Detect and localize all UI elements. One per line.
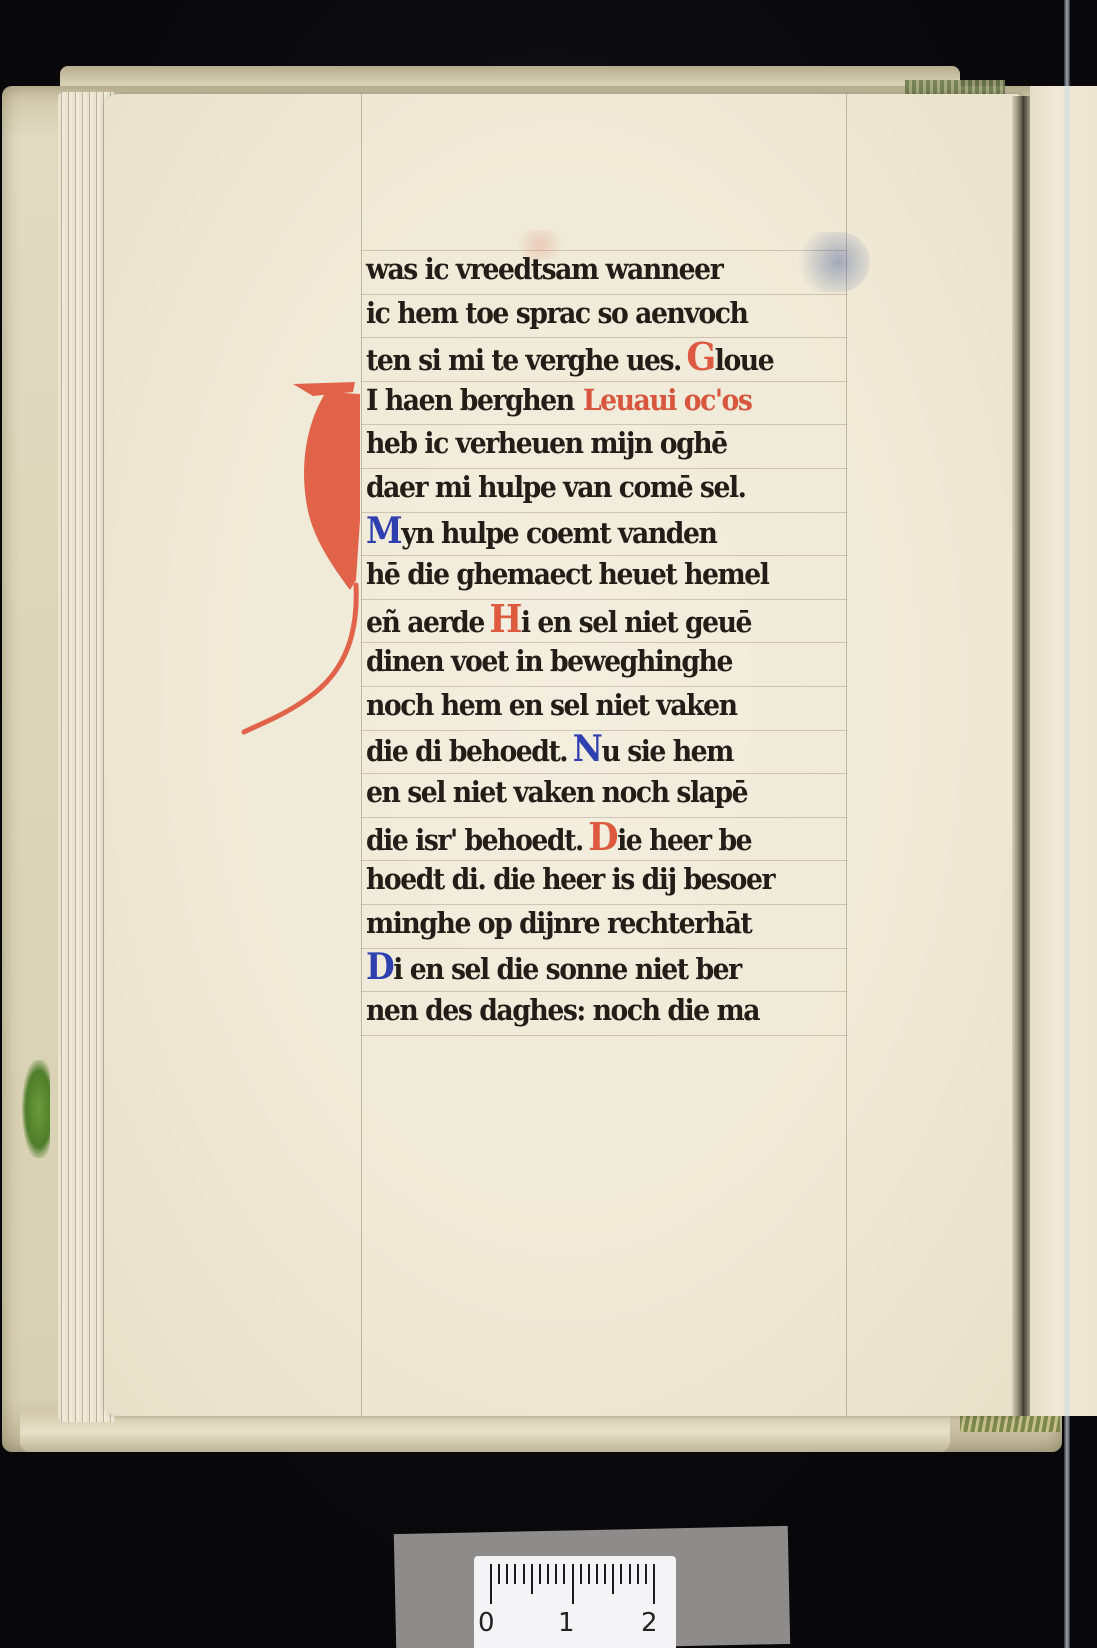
line-text: die di behoedt. <box>366 734 567 768</box>
line-text: yn hulpe coemt vanden <box>401 516 716 550</box>
manuscript-line: die di behoedt.Nu sie hem <box>366 728 835 772</box>
line-text: nen des daghes: noch die ma <box>366 993 759 1027</box>
ruler-tick <box>596 1564 598 1584</box>
line-text: noch hem en sel niet vaken <box>366 688 737 722</box>
ruler-tick <box>580 1564 582 1584</box>
ruler-tick <box>563 1564 565 1584</box>
line-text: eñ aerde <box>366 605 484 639</box>
manuscript-line: noch hem en sel niet vaken <box>366 684 835 728</box>
ruler-label-1: 1 <box>558 1608 575 1638</box>
decorated-initial: M <box>366 510 401 552</box>
manuscript-line: Myn hulpe coemt vanden <box>366 510 835 554</box>
ruler-label-0: 0 <box>478 1608 495 1638</box>
ruler-tick <box>498 1564 500 1584</box>
line-text: i en sel die sonne niet ber <box>393 952 741 986</box>
manuscript-line: hoedt di. die heer is dij besoer <box>366 858 835 902</box>
ruler-tick <box>555 1564 557 1584</box>
manuscript-line: daer mi hulpe van comē sel. <box>366 466 835 510</box>
manuscript-line: Di en sel die sonne niet ber <box>366 946 835 990</box>
line-text: minghe op dijnre rechterhāt <box>366 906 751 940</box>
ruler-tick <box>572 1564 574 1604</box>
ruler-tick <box>490 1564 492 1604</box>
line-text: hē die ghemaect heuet hemel <box>366 557 768 591</box>
manuscript-line: heb ic verheuen mijn oghē <box>366 422 835 466</box>
manuscript-line: ic hem toe sprac so aenvoch <box>366 292 835 336</box>
manuscript-line: minghe op dijnre rechterhāt <box>366 902 835 946</box>
ruler-label-2: 2 <box>641 1608 658 1638</box>
decorated-initial: D <box>588 814 617 859</box>
ruler-tick <box>645 1564 647 1584</box>
glass-plate-edge <box>1064 0 1070 1648</box>
manuscript-line: nen des daghes: noch die ma <box>366 989 835 1033</box>
line-text: en sel niet vaken noch slapē <box>366 775 747 809</box>
line-text: ie heer be <box>617 823 751 857</box>
line-text: ten si mi te verghe ues. <box>366 343 681 377</box>
ruling-line <box>361 1035 847 1036</box>
manuscript-line: eñ aerdeHi en sel niet geuē <box>366 597 835 641</box>
scale-ruler: 0 1 2 <box>474 1556 676 1648</box>
binding-bottom-fold <box>20 1412 950 1452</box>
ruler-tick <box>531 1564 533 1594</box>
line-text: die isr' behoedt. <box>366 823 583 857</box>
line-text: was ic vreedtsam wanneer <box>366 252 722 286</box>
decorated-initial: D <box>366 946 393 988</box>
manuscript-line: hē die ghemaect heuet hemel <box>366 553 835 597</box>
ruler-tick <box>612 1564 614 1594</box>
ruler-tick <box>653 1564 655 1604</box>
large-red-initial-I <box>238 380 378 740</box>
manuscript-line: dinen voet in beweghinghe <box>366 640 835 684</box>
manuscript-line: en sel niet vaken noch slapē <box>366 771 835 815</box>
decorated-initial: G <box>686 334 714 379</box>
line-text: hoedt di. die heer is dij besoer <box>366 862 774 896</box>
line-text: I haen berghen <box>366 383 574 417</box>
line-text: i en sel niet geuē <box>521 605 751 639</box>
ruler-tick <box>523 1564 525 1584</box>
decorated-initial: H <box>489 596 521 641</box>
line-text: heb ic verheuen mijn oghē <box>366 426 727 460</box>
manuscript-line: I haen berghenLeuaui oc'os <box>366 379 835 423</box>
ruler-tick <box>620 1564 622 1584</box>
line-text: u sie hem <box>601 734 732 768</box>
ruler-tick <box>514 1564 516 1584</box>
gutter <box>1012 96 1032 1416</box>
manuscript-line: ten si mi te verghe ues.Gloue <box>366 335 835 379</box>
rubric-text: Leuaui oc'os <box>583 383 752 417</box>
line-text: ic hem toe sprac so aenvoch <box>366 296 747 330</box>
ruler-tick <box>637 1564 639 1584</box>
decorated-initial: N <box>573 728 602 770</box>
line-text: daer mi hulpe van comē sel. <box>366 470 745 504</box>
line-text: loue <box>715 343 773 377</box>
ruler-tick <box>629 1564 631 1584</box>
line-text: dinen voet in beweghinghe <box>366 644 732 678</box>
ruler-tick <box>539 1564 541 1584</box>
ruler-tick <box>604 1564 606 1584</box>
ruling-left <box>361 94 362 1416</box>
manuscript-text-block: was ic vreedtsam wanneeric hem toe sprac… <box>366 248 876 1033</box>
manuscript-line: was ic vreedtsam wanneer <box>366 248 835 292</box>
green-thread-tuft <box>22 1060 50 1158</box>
ruler-tick <box>506 1564 508 1584</box>
manuscript-line: die isr' behoedt.Die heer be <box>366 815 835 859</box>
ruler-tick <box>547 1564 549 1584</box>
ruler-tick <box>588 1564 590 1584</box>
